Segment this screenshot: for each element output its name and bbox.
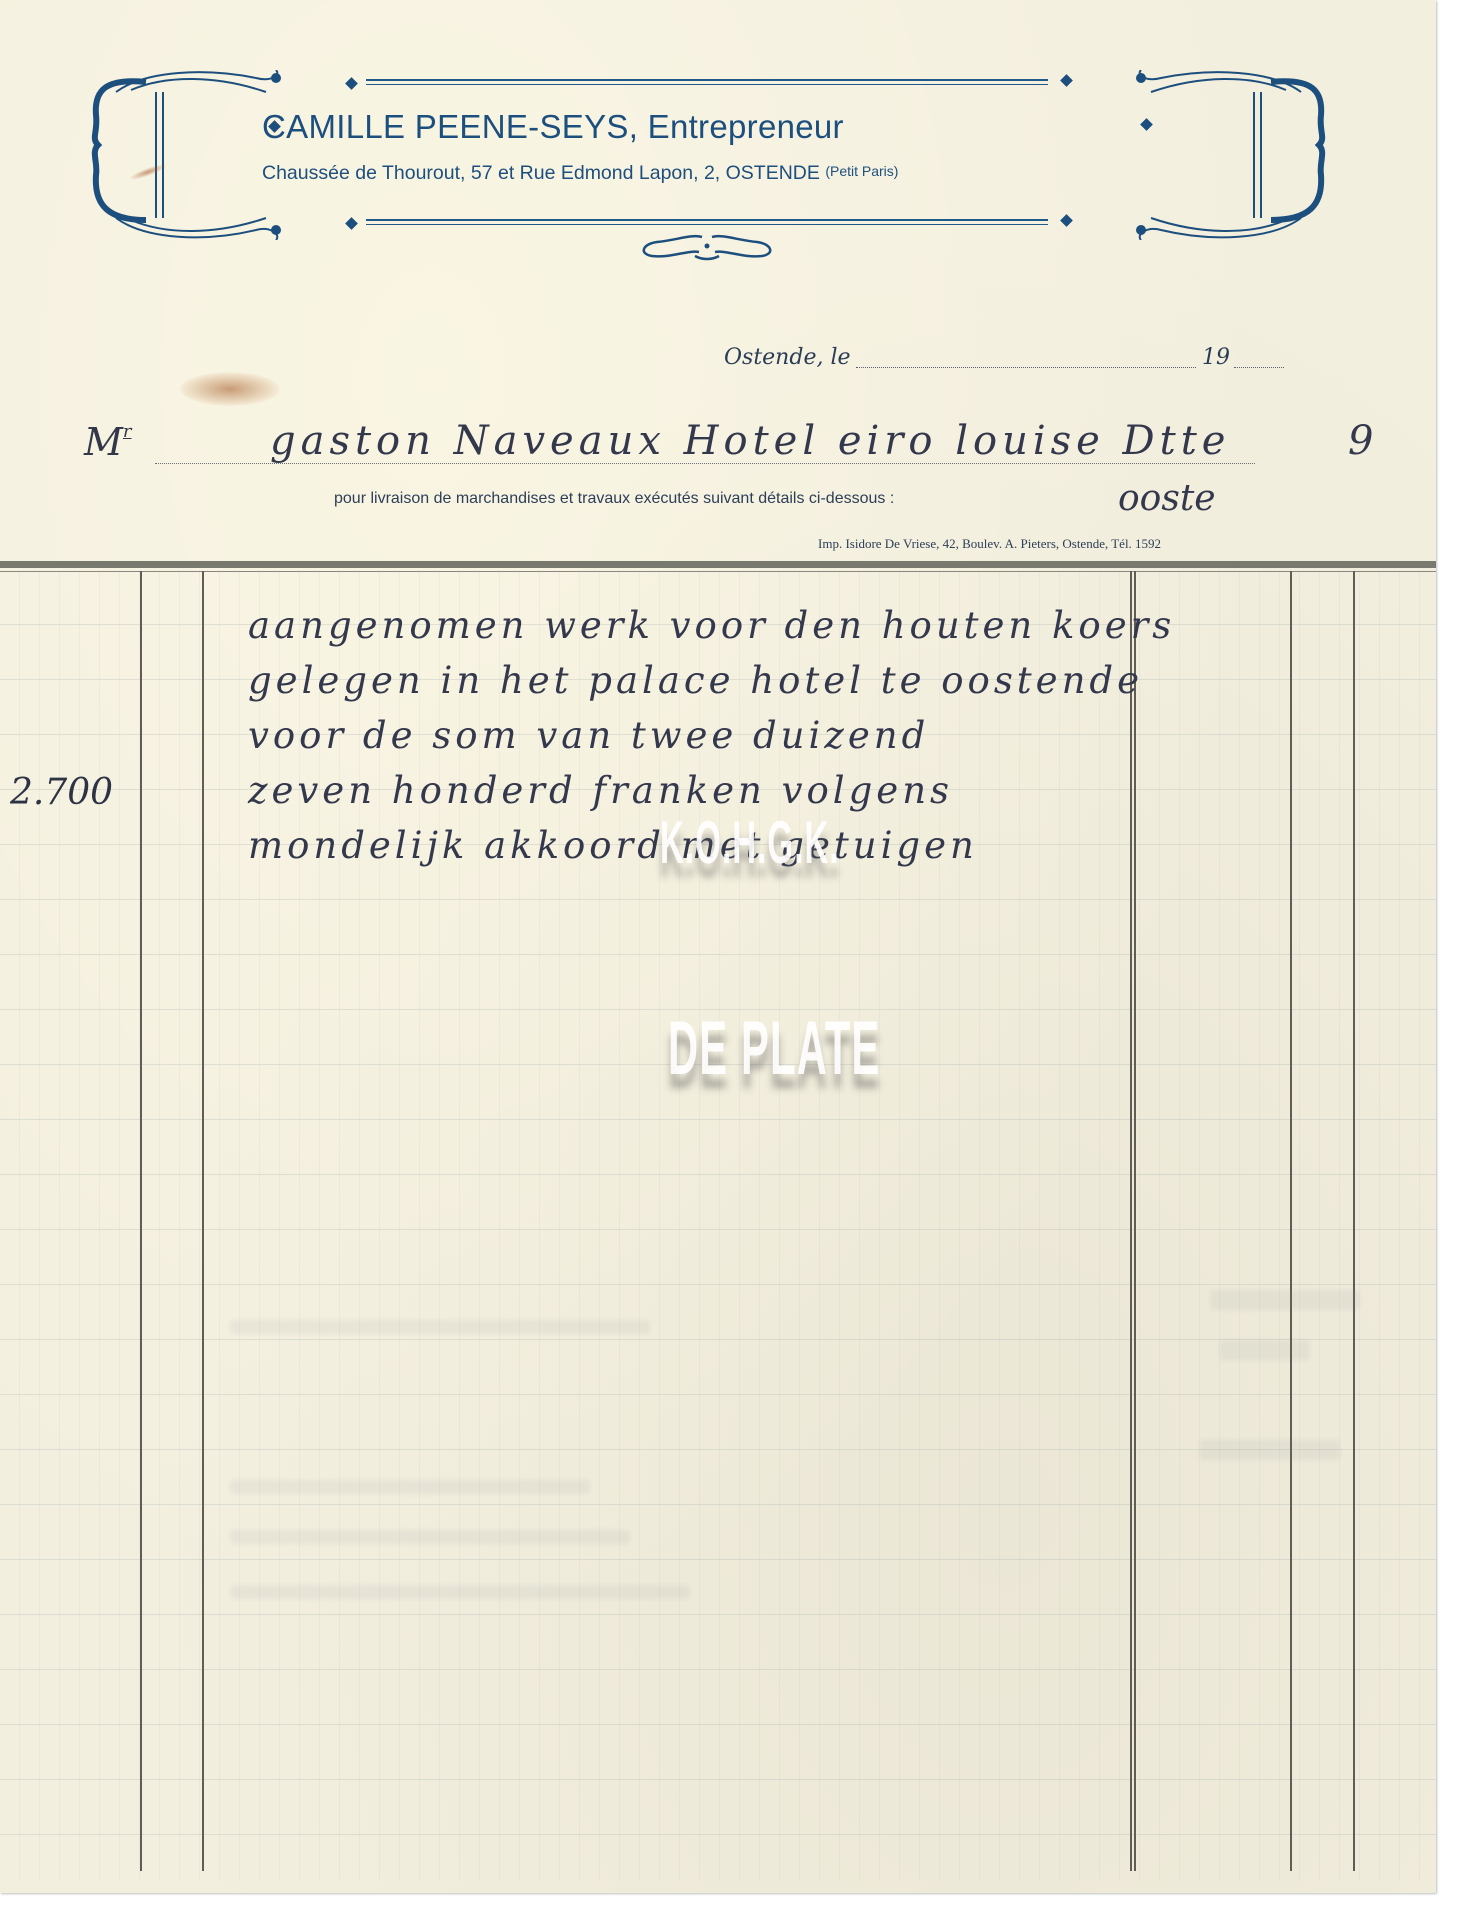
watermark-line-1: K.O.H.G.K. xyxy=(660,808,840,877)
salutation-label: Mr xyxy=(84,420,132,464)
header-bottom-rule xyxy=(366,219,1048,221)
amount-margin-handwritten: 2.700 xyxy=(10,772,113,813)
printer-imprint: Imp. Isidore De Vriese, 42, Boulev. A. P… xyxy=(818,536,1161,552)
recipient-number-handwritten: 9 xyxy=(1348,418,1373,464)
ledger-header-rule-thin xyxy=(0,571,1436,572)
invoice-paper: CAMILLE PEENE-SEYS, Entrepreneur Chaussé… xyxy=(0,0,1436,1893)
watermark-line-2: DE PLATE xyxy=(668,1005,880,1092)
date-line: Ostende, le 19 xyxy=(724,345,1284,375)
recipient-name-handwritten: gaston Naveaux Hotel eiro louise Dtte xyxy=(270,418,1230,464)
bleed-through-marks xyxy=(230,1585,690,1599)
body-line: aangenomen werk voor den houten koers xyxy=(248,598,1398,653)
date-year-fill-line xyxy=(1234,367,1284,368)
bleed-through-marks xyxy=(230,1480,590,1494)
bleed-through-marks xyxy=(230,1530,630,1544)
salutation-superscript: r xyxy=(123,421,132,442)
company-address-text: Chaussée de Thourout, 57 et Rue Edmond L… xyxy=(262,162,820,184)
column-rule xyxy=(202,571,204,1871)
bleed-through-marks xyxy=(230,1320,650,1334)
bottom-flourish-icon xyxy=(637,232,777,262)
salutation-text: M xyxy=(84,420,123,464)
ornamental-frame-icon xyxy=(86,70,1331,240)
recipient-city-handwritten: ooste xyxy=(1118,478,1216,519)
bleed-through-marks xyxy=(1220,1340,1310,1360)
body-line: gelegen in het palace hotel te oostende xyxy=(248,653,1398,708)
header-top-rule xyxy=(366,79,1048,81)
ledger-header-rule xyxy=(0,561,1436,568)
date-place-label: Ostende, le xyxy=(724,345,851,370)
body-line: voor de som van twee duizend xyxy=(248,708,1398,763)
company-address-note: (Petit Paris) xyxy=(825,163,898,179)
company-name: CAMILLE PEENE-SEYS, Entrepreneur xyxy=(262,108,1102,146)
date-year-prefix: 19 xyxy=(1202,345,1230,370)
header-bottom-rule-thin xyxy=(366,224,1048,225)
date-fill-line xyxy=(856,367,1196,368)
delivery-description-label: pour livraison de marchandises et travau… xyxy=(334,490,894,508)
bleed-through-marks xyxy=(1200,1440,1340,1460)
rust-stain xyxy=(180,372,280,406)
column-rule xyxy=(140,571,142,1871)
bleed-through-marks xyxy=(1210,1290,1360,1310)
header-top-rule-thin xyxy=(366,84,1048,85)
company-address: Chaussée de Thourout, 57 et Rue Edmond L… xyxy=(262,162,1162,185)
